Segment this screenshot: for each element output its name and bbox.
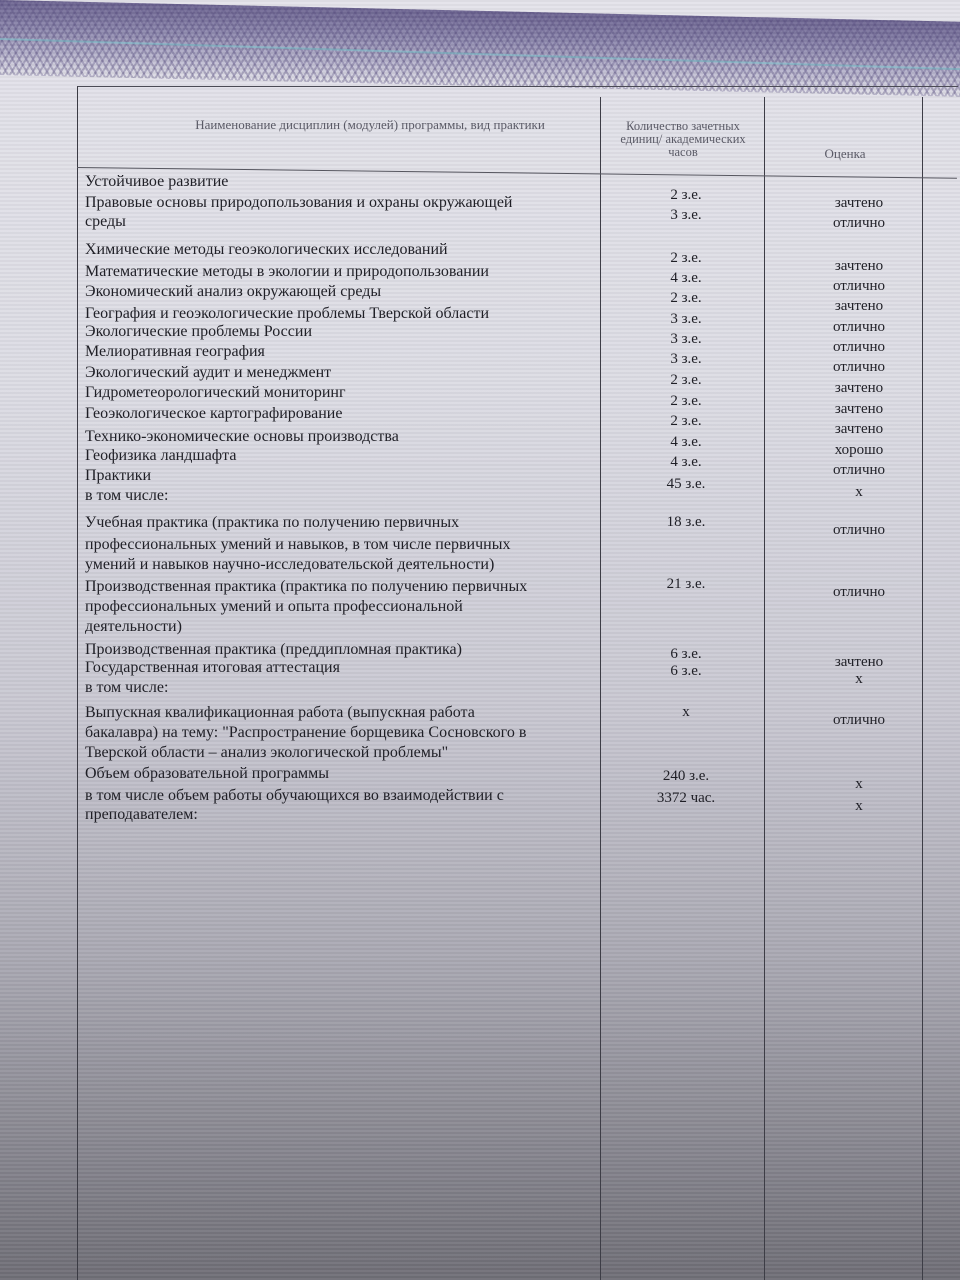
discipline-name: преподавателем:	[85, 805, 600, 824]
discipline-name: Геоэкологическое картографирование	[85, 404, 600, 423]
grade: отлично	[770, 318, 948, 337]
discipline-name: в том числе объем работы обучающихся во …	[85, 786, 600, 805]
credit-units: 2 з.е.	[606, 186, 766, 205]
header-discipline-name: Наименование дисциплин (модулей) програм…	[150, 117, 590, 132]
credit-units: 6 з.е.	[606, 662, 766, 681]
grade: отлично	[770, 583, 948, 602]
discipline-name: Тверской области – анализ экологической …	[85, 743, 600, 762]
grade: зачтено	[770, 257, 948, 276]
credit-units: 4 з.е.	[606, 269, 766, 288]
discipline-name: Производственная практика (преддипломная…	[85, 640, 600, 659]
discipline-name: в том числе:	[85, 678, 600, 697]
grade: отлично	[770, 358, 948, 377]
discipline-name: в том числе:	[85, 486, 600, 505]
credit-units: 3 з.е.	[606, 206, 766, 225]
credit-units: 2 з.е.	[606, 392, 766, 411]
discipline-name: Мелиоративная география	[85, 342, 600, 361]
credit-units: 2 з.е.	[606, 249, 766, 268]
credit-units: 4 з.е.	[606, 433, 766, 452]
grade: x	[770, 483, 948, 502]
grade: зачтено	[770, 400, 948, 419]
discipline-name: Производственная практика (практика по п…	[85, 577, 600, 596]
grade: зачтено	[770, 379, 948, 398]
discipline-name: Объем образовательной программы	[85, 764, 600, 783]
grade: зачтено	[770, 297, 948, 316]
discipline-name: Математические методы в экологии и приро…	[85, 262, 600, 281]
discipline-name: Геофизика ландшафта	[85, 446, 600, 465]
discipline-name: Правовые основы природопользования и охр…	[85, 193, 600, 212]
grade: отлично	[770, 338, 948, 357]
discipline-name: умений и навыков научно-исследовательско…	[85, 555, 600, 574]
credit-units: x	[606, 703, 766, 722]
credit-units: 240 з.е.	[606, 767, 766, 786]
credit-units: 2 з.е.	[606, 289, 766, 308]
discipline-name: Химические методы геоэкологических иссле…	[85, 240, 600, 259]
discipline-name: Экологический аудит и менеджмент	[85, 363, 600, 382]
discipline-name: Гидрометеорологический мониторинг	[85, 383, 600, 402]
credit-units: 45 з.е.	[606, 475, 766, 494]
discipline-name: Экономический анализ окружающей среды	[85, 282, 600, 301]
credit-units: 3 з.е.	[606, 330, 766, 349]
credit-units: 3372 час.	[606, 789, 766, 808]
grade: отлично	[770, 521, 948, 540]
discipline-name: Практики	[85, 466, 600, 485]
grade: x	[770, 797, 948, 816]
credit-units: 4 з.е.	[606, 453, 766, 472]
grade: x	[770, 670, 948, 689]
credit-units: 3 з.е.	[606, 310, 766, 329]
guilloche-border	[0, 0, 960, 97]
grade: зачтено	[770, 420, 948, 439]
grade: отлично	[770, 711, 948, 730]
discipline-name: профессиональных умений и навыков, в том…	[85, 535, 600, 554]
grade: отлично	[770, 277, 948, 296]
discipline-name: Экологические проблемы России	[85, 322, 600, 341]
header-credit-units: Количество зачетных единиц/ академически…	[608, 120, 758, 159]
discipline-name: среды	[85, 212, 600, 231]
credit-units: 3 з.е.	[606, 350, 766, 369]
discipline-name: Выпускная квалификационная работа (выпус…	[85, 703, 600, 722]
credit-units: 18 з.е.	[606, 513, 766, 532]
header-grade: Оценка	[770, 146, 920, 161]
discipline-name: Государственная итоговая аттестация	[85, 658, 600, 677]
discipline-name: Устойчивое развитие	[85, 172, 600, 191]
discipline-name: Учебная практика (практика по получению …	[85, 513, 600, 532]
grade: x	[770, 775, 948, 794]
credit-units: 21 з.е.	[606, 575, 766, 594]
discipline-name: деятельности)	[85, 617, 600, 636]
grade: хорошо	[770, 441, 948, 460]
discipline-name: Технико-экономические основы производств…	[85, 427, 600, 446]
credit-units: 2 з.е.	[606, 371, 766, 390]
discipline-name: География и геоэкологические проблемы Тв…	[85, 304, 600, 323]
discipline-name: бакалавра) на тему: "Распространение бор…	[85, 723, 600, 742]
grade: зачтено	[770, 194, 948, 213]
discipline-name: профессиональных умений и опыта професси…	[85, 597, 600, 616]
credit-units: 2 з.е.	[606, 412, 766, 431]
column-divider-1	[600, 97, 601, 1280]
grade: отлично	[770, 214, 948, 233]
grade: отлично	[770, 461, 948, 480]
